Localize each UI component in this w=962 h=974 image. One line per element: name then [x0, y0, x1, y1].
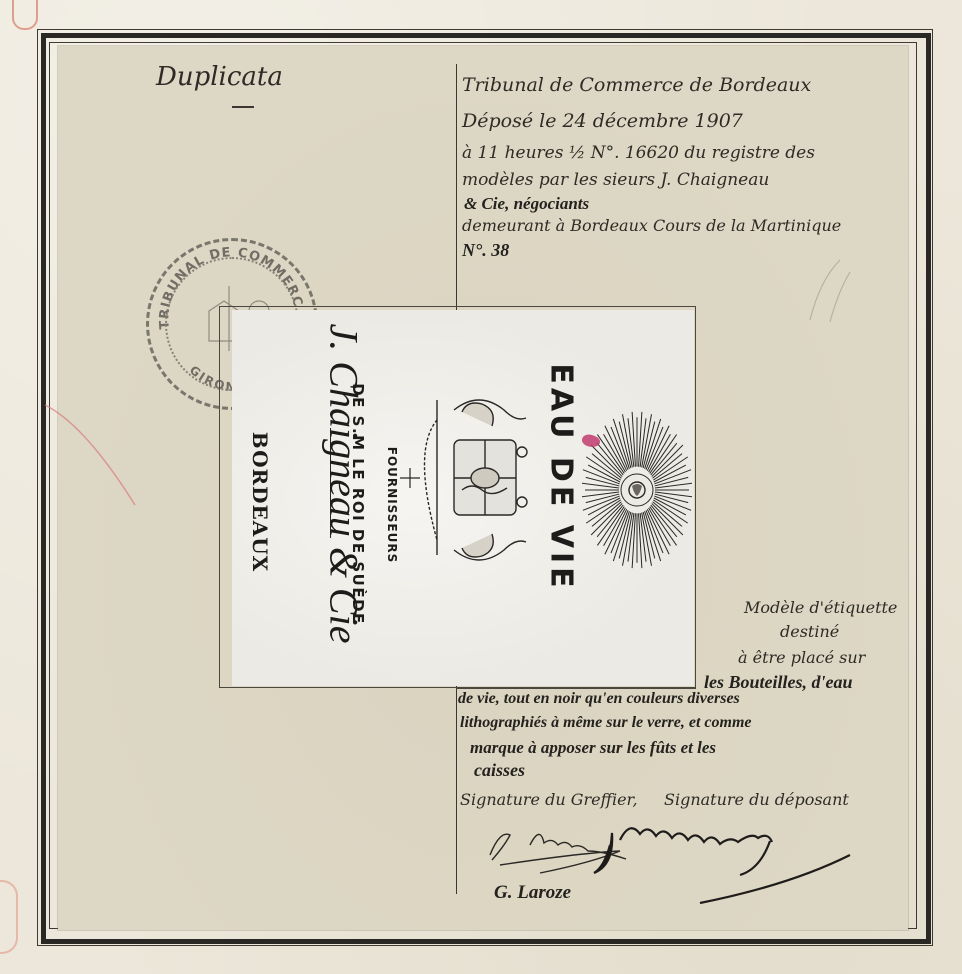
depositor-line-2: & Cie, négociants: [464, 194, 589, 214]
red-pencil-mark: [12, 0, 38, 30]
label-supplier-heading: FOURNISSEURS: [385, 447, 399, 563]
description-line: caisses: [474, 760, 525, 781]
label-bottom-rule: [456, 688, 696, 689]
label-product-name: EAU DE VIE: [544, 363, 579, 591]
deposit-date-line: Déposé le 24 décembre 1907: [462, 110, 743, 132]
description-line: Modèle d'étiquette: [744, 598, 897, 617]
label-city: BORDEAUX: [248, 432, 272, 572]
clerk-printed-name: G. Laroze: [494, 882, 571, 904]
description-line: destiné: [780, 622, 839, 641]
address-number: N°. 38: [462, 240, 509, 261]
eau-de-vie-label: EAU DE VIE FOURNISSEURS: [232, 310, 694, 686]
duplicata-underline: [232, 106, 254, 108]
pencil-marks: [800, 250, 860, 330]
description-line: marque à apposer sur les fûts et les: [470, 738, 716, 758]
address-line: demeurant à Bordeaux Cours de la Martini…: [462, 216, 841, 235]
depositor-signature-label: Signature du déposant: [664, 790, 849, 809]
court-name: Tribunal de Commerce de Bordeaux: [462, 74, 811, 96]
description-line: de vie, tout en noir qu'en couleurs dive…: [458, 690, 740, 708]
clerk-signature-label: Signature du Greffier,: [460, 790, 638, 809]
description-line: à être placé sur: [738, 648, 865, 667]
red-pencil-line: [40, 400, 140, 510]
description-line: lithographiés à même sur le verre, et co…: [460, 714, 752, 732]
red-pencil-mark: [0, 880, 18, 954]
duplicata-mark: Duplicata: [156, 62, 283, 92]
register-line: à 11 heures ½ N°. 16620 du registre des: [462, 143, 815, 163]
coat-of-arms-icon: [392, 390, 542, 570]
sunburst-icon: [582, 410, 692, 570]
depositor-line: modèles par les sieurs J. Chaigneau: [462, 170, 769, 190]
label-brand: J. Chaigneau & Cie: [320, 324, 367, 644]
